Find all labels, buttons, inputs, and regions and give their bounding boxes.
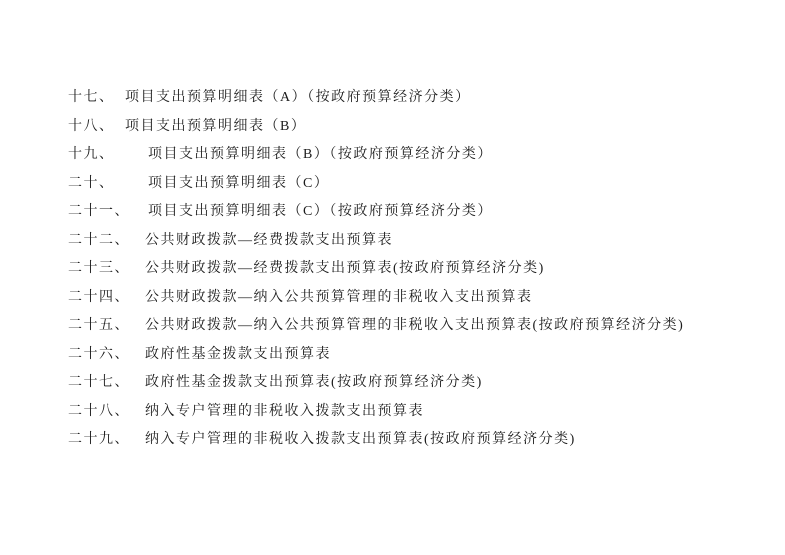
item-number: 十九、 — [68, 141, 148, 170]
item-number: 二十、 — [68, 170, 148, 199]
item-number: 二十六、 — [68, 341, 145, 370]
item-text: 公共财政拨款—纳入公共预算管理的非税收入支出预算表 — [145, 284, 533, 313]
item-text: 项目支出预算明细表（B） — [125, 113, 306, 142]
list-item: 二十八、纳入专户管理的非税收入拨款支出预算表 — [68, 398, 765, 427]
list-item: 二十六、政府性基金拨款支出预算表 — [68, 341, 765, 370]
item-text: 政府性基金拨款支出预算表(按政府预算经济分类) — [145, 369, 483, 398]
item-number: 二十八、 — [68, 398, 145, 427]
item-text: 项目支出预算明细表（C） — [148, 170, 329, 199]
list-item: 二十三、公共财政拨款—经费拨款支出预算表(按政府预算经济分类) — [68, 255, 765, 284]
item-text: 纳入专户管理的非税收入拨款支出预算表 — [145, 398, 424, 427]
item-number: 二十九、 — [68, 426, 145, 455]
list-item: 二十四、公共财政拨款—纳入公共预算管理的非税收入支出预算表 — [68, 284, 765, 313]
list-item: 二十二、公共财政拨款—经费拨款支出预算表 — [68, 227, 765, 256]
list-item: 十九、项目支出预算明细表（B）（按政府预算经济分类） — [68, 141, 765, 170]
item-text: 纳入专户管理的非税收入拨款支出预算表(按政府预算经济分类) — [145, 426, 576, 455]
item-text: 项目支出预算明细表（A）（按政府预算经济分类） — [125, 84, 471, 113]
item-number: 二十三、 — [68, 255, 145, 284]
item-text: 项目支出预算明细表（C）（按政府预算经济分类） — [148, 198, 493, 227]
list-item: 二十七、政府性基金拨款支出预算表(按政府预算经济分类) — [68, 369, 765, 398]
item-number: 二十四、 — [68, 284, 145, 313]
list-item: 二十一、项目支出预算明细表（C）（按政府预算经济分类） — [68, 198, 765, 227]
list-item: 二十五、公共财政拨款—纳入公共预算管理的非税收入支出预算表(按政府预算经济分类) — [68, 312, 765, 341]
document-page: 十七、项目支出预算明细表（A）（按政府预算经济分类） 十八、项目支出预算明细表（… — [0, 0, 785, 555]
item-number: 二十七、 — [68, 369, 145, 398]
item-text: 政府性基金拨款支出预算表 — [145, 341, 331, 370]
item-number: 十八、 — [68, 113, 125, 142]
item-text: 公共财政拨款—经费拨款支出预算表(按政府预算经济分类) — [145, 255, 545, 284]
item-number: 二十五、 — [68, 312, 145, 341]
list-item: 十七、项目支出预算明细表（A）（按政府预算经济分类） — [68, 84, 765, 113]
item-text: 项目支出预算明细表（B）（按政府预算经济分类） — [148, 141, 493, 170]
item-text: 公共财政拨款—纳入公共预算管理的非税收入支出预算表(按政府预算经济分类) — [145, 312, 684, 341]
item-number: 十七、 — [68, 84, 125, 113]
item-number: 二十二、 — [68, 227, 145, 256]
item-number: 二十一、 — [68, 198, 148, 227]
list-item: 二十九、纳入专户管理的非税收入拨款支出预算表(按政府预算经济分类) — [68, 426, 765, 455]
list-item: 十八、项目支出预算明细表（B） — [68, 113, 765, 142]
item-text: 公共财政拨款—经费拨款支出预算表 — [145, 227, 393, 256]
list-item: 二十、项目支出预算明细表（C） — [68, 170, 765, 199]
document-body: 十七、项目支出预算明细表（A）（按政府预算经济分类） 十八、项目支出预算明细表（… — [68, 84, 765, 455]
